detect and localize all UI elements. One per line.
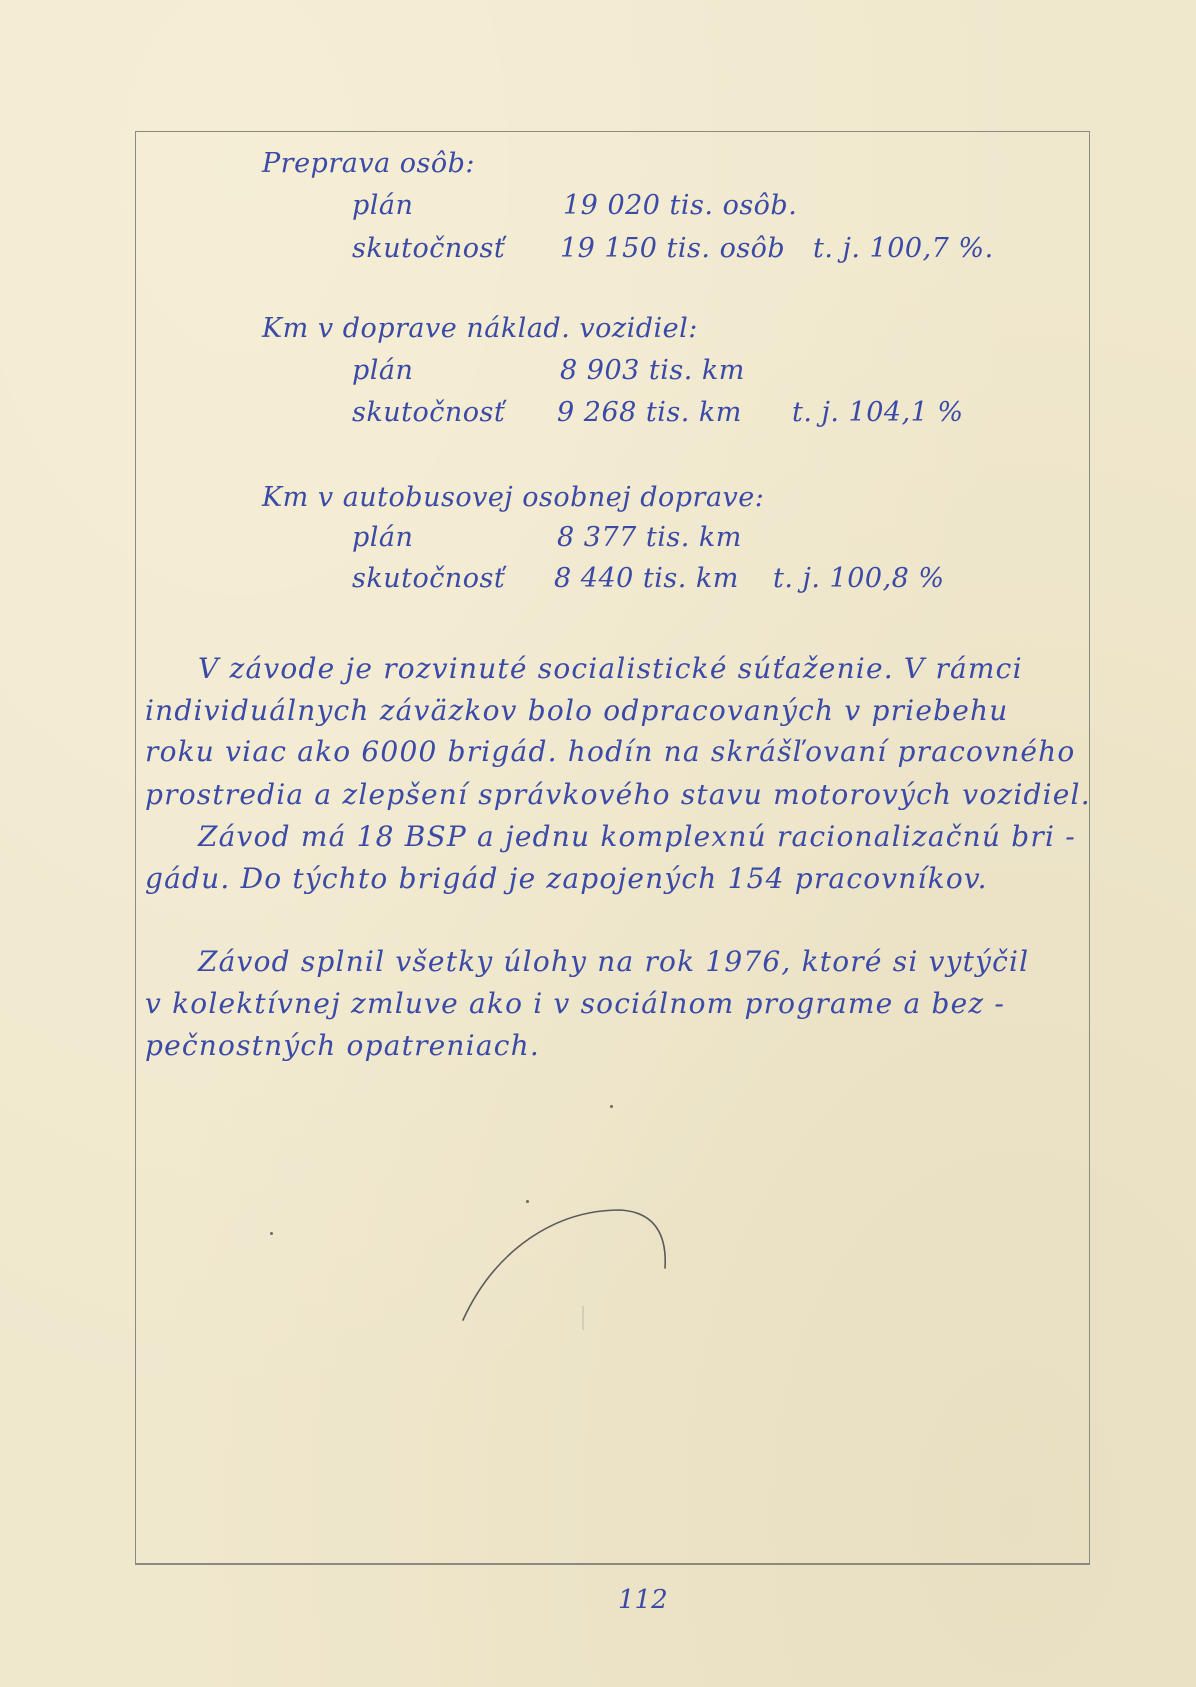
section-title-bus-km: Km v autobusovej osobnej doprave: [262, 482, 764, 513]
row-percent-actual: t. j. 100,8 % [773, 563, 945, 594]
signature-stroke [455, 1190, 685, 1330]
paragraph-1-line-6: gádu. Do týchto brigád je zapojených 154… [145, 862, 988, 895]
paragraph-2-line-1: Závod splnil všetky úlohy na rok 1976, k… [198, 945, 1029, 978]
paragraph-1-line-3: roku viac ako 6000 brigád. hodín na skrá… [145, 735, 1075, 768]
paragraph-1-line-4: prostredia a zlepšení správkového stavu … [145, 778, 1091, 811]
row-label-actual: skutočnosť [352, 397, 505, 428]
paragraph-2-line-2: v kolektívnej zmluve ako i v sociálnom p… [145, 987, 1005, 1020]
row-label-plan: plán [352, 190, 413, 221]
row-percent-actual: t. j. 104,1 % [792, 397, 964, 428]
row-value-plan: 8 903 tis. km [560, 355, 745, 386]
paragraph-1-line-5: Závod má 18 BSP a jednu komplexnú racion… [198, 820, 1076, 853]
section-title-freight-km: Km v doprave náklad. vozidiel: [262, 313, 698, 344]
page-number: 112 [618, 1585, 668, 1615]
stray-dot [270, 1232, 273, 1235]
row-value-plan: 8 377 tis. km [557, 522, 742, 553]
row-label-actual: skutočnosť [352, 563, 505, 594]
row-label-actual: skutočnosť [352, 233, 505, 264]
row-value-actual: 8 440 tis. km [554, 563, 739, 594]
paragraph-1-line-2: individuálnych záväzkov bolo odpracovaný… [145, 694, 1008, 727]
paragraph-1-line-1: V závode je rozvinuté socialistické súťa… [198, 652, 1023, 685]
row-label-plan: plán [352, 355, 413, 386]
row-value-actual: 19 150 tis. osôb [560, 233, 785, 264]
paragraph-2-line-3: pečnostných opatreniach. [145, 1029, 540, 1062]
section-title-passenger-transport: Preprava osôb: [262, 148, 475, 179]
row-value-actual: 9 268 tis. km [557, 397, 742, 428]
stray-dot [610, 1105, 613, 1108]
row-percent-actual: t. j. 100,7 %. [813, 233, 994, 264]
stray-dot [526, 1200, 529, 1203]
row-value-plan: 19 020 tis. osôb. [563, 190, 797, 221]
row-label-plan: plán [352, 522, 413, 553]
